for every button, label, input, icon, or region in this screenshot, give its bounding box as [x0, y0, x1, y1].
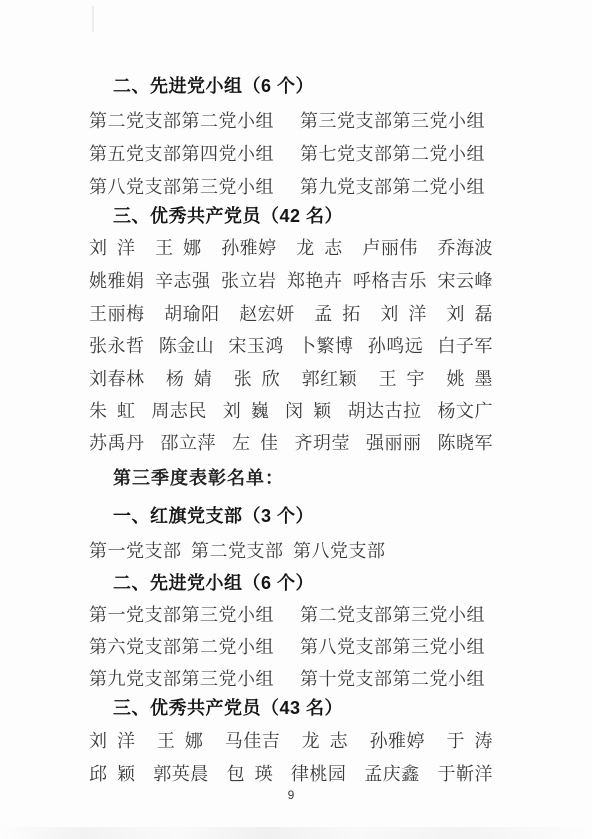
member-name: 王 宇 [379, 368, 426, 390]
member-name: 于靳洋 [437, 763, 493, 785]
member-name: 郑艳卉 [287, 270, 343, 292]
group-cell: 第五党支部第四党小组 [89, 143, 300, 165]
member-name: 闵 颖 [285, 400, 332, 422]
member-name: 张永哲 [89, 335, 145, 357]
member-name: 王 娜 [157, 730, 204, 752]
group-cell: 第六党支部第二党小组 [89, 636, 300, 658]
member-name: 刘 洋 [89, 730, 136, 752]
heading-outstanding-members-q2: 三、优秀共产党员（42 名） [89, 205, 493, 227]
member-name: 胡达古拉 [348, 400, 422, 422]
heading-advanced-groups-q2: 二、先进党小组（6 个） [89, 75, 493, 97]
member-name: 刘 巍 [223, 400, 270, 422]
member-name: 孟庆鑫 [364, 763, 420, 785]
group-cell: 第九党支部第二党小组 [300, 176, 485, 198]
member-name: 苏禹丹 [89, 432, 145, 454]
group-cell: 第八党支部第三党小组 [89, 176, 300, 198]
member-name: 张立岩 [221, 270, 277, 292]
member-name: 郭红颖 [302, 368, 358, 390]
member-name: 强丽丽 [366, 432, 422, 454]
member-name: 胡瑜阳 [164, 303, 220, 325]
member-name: 律桃园 [291, 763, 347, 785]
member-name: 宋玉鸿 [228, 335, 284, 357]
document-page: 二、先进党小组（6 个） 第二党支部第二党小组 第三党支部第三党小组 第五党支部… [0, 0, 592, 839]
group-row: 第八党支部第三党小组 第九党支部第二党小组 [89, 176, 493, 198]
group-cell: 第七党支部第二党小组 [300, 143, 485, 165]
member-name: 杨文广 [437, 400, 493, 422]
member-name: 朱 虹 [89, 400, 136, 422]
member-name: 白子军 [437, 335, 493, 357]
member-name: 辛志强 [155, 270, 211, 292]
name-row: 刘 洋 王 娜 马佳吉 龙 志 孙雅婷 于 涛 [89, 730, 493, 752]
member-name: 呼格吉乐 [353, 270, 427, 292]
branch-row: 第一党支部 第二党支部 第八党支部 [89, 540, 493, 562]
scan-artifact [92, 6, 94, 32]
member-name: 龙 志 [296, 237, 343, 259]
member-name: 杨 婧 [166, 368, 213, 390]
member-name: 孟 拓 [314, 303, 361, 325]
q3-list-title: 第三季度表彰名单： [89, 467, 493, 489]
heading-red-flag-branches-q3: 一、红旗党支部（3 个） [89, 505, 493, 527]
member-name: 周志民 [151, 400, 207, 422]
member-name: 左 佳 [232, 432, 279, 454]
member-name: 姚 墨 [446, 368, 493, 390]
member-name: 孙雅婷 [370, 730, 426, 752]
heading-advanced-groups-q3: 二、先进党小组（6 个） [89, 572, 493, 594]
group-cell: 第一党支部第三党小组 [89, 604, 300, 626]
member-name: 卜繁博 [298, 335, 354, 357]
group-cell: 第八党支部第三党小组 [300, 636, 485, 658]
member-name: 马佳吉 [225, 730, 281, 752]
member-name: 于 涛 [446, 730, 493, 752]
group-row: 第二党支部第二党小组 第三党支部第三党小组 [89, 110, 493, 132]
name-row: 刘春林 杨 婧 张 欣 郭红颖 王 宇 姚 墨 [89, 368, 493, 390]
member-name: 刘 洋 [380, 303, 427, 325]
member-name: 王 娜 [155, 237, 202, 259]
member-name: 郭英晨 [153, 763, 209, 785]
group-cell: 第二党支部第三党小组 [300, 604, 485, 626]
name-row: 姚雅娟 辛志强 张立岩 郑艳卉 呼格吉乐 宋云峰 [89, 270, 493, 292]
group-cell: 第三党支部第三党小组 [300, 110, 485, 132]
member-name: 姚雅娟 [89, 270, 145, 292]
heading-outstanding-members-q3: 三、优秀共产党员（43 名） [89, 697, 493, 719]
member-name: 龙 志 [302, 730, 349, 752]
member-name: 陈金山 [159, 335, 215, 357]
group-row: 第六党支部第二党小组 第八党支部第三党小组 [89, 636, 493, 658]
name-row: 邱 颖 郭英晨 包 瑛 律桃园 孟庆鑫 于靳洋 [89, 763, 493, 785]
page-number: 9 [89, 788, 493, 802]
scan-bottom-smudge [0, 827, 592, 839]
member-name: 赵宏妍 [239, 303, 295, 325]
group-cell: 第十党支部第二党小组 [300, 668, 485, 690]
name-row: 朱 虹 周志民 刘 巍 闵 颖 胡达古拉 杨文广 [89, 400, 493, 422]
member-name: 邵立萍 [161, 432, 217, 454]
group-cell: 第二党支部第二党小组 [89, 110, 300, 132]
member-name: 邱 颖 [89, 763, 136, 785]
name-row: 苏禹丹 邵立萍 左 佳 齐玥莹 强丽丽 陈晓军 [89, 432, 493, 454]
group-row: 第五党支部第四党小组 第七党支部第二党小组 [89, 143, 493, 165]
member-name: 刘春林 [89, 368, 145, 390]
name-row: 王丽梅 胡瑜阳 赵宏妍 孟 拓 刘 洋 刘 磊 [89, 303, 493, 325]
member-name: 刘 洋 [89, 237, 136, 259]
group-row: 第一党支部第三党小组 第二党支部第三党小组 [89, 604, 493, 626]
member-name: 包 瑛 [227, 763, 274, 785]
member-name: 张 欣 [234, 368, 281, 390]
member-name: 卢丽伟 [362, 237, 418, 259]
name-row: 张永哲 陈金山 宋玉鸿 卜繁博 孙鸣远 白子军 [89, 335, 493, 357]
member-name: 刘 磊 [446, 303, 493, 325]
member-name: 宋云峰 [438, 270, 494, 292]
group-row: 第九党支部第三党小组 第十党支部第二党小组 [89, 668, 493, 690]
member-name: 王丽梅 [89, 303, 145, 325]
page-content: 二、先进党小组（6 个） 第二党支部第二党小组 第三党支部第三党小组 第五党支部… [89, 75, 493, 802]
group-cell: 第九党支部第三党小组 [89, 668, 300, 690]
member-name: 孙鸣远 [368, 335, 424, 357]
name-row: 刘 洋 王 娜 孙雅婷 龙 志 卢丽伟 乔海波 [89, 237, 493, 259]
member-name: 乔海波 [437, 237, 493, 259]
member-name: 齐玥莹 [295, 432, 351, 454]
member-name: 陈晓军 [438, 432, 494, 454]
member-name: 孙雅婷 [221, 237, 277, 259]
